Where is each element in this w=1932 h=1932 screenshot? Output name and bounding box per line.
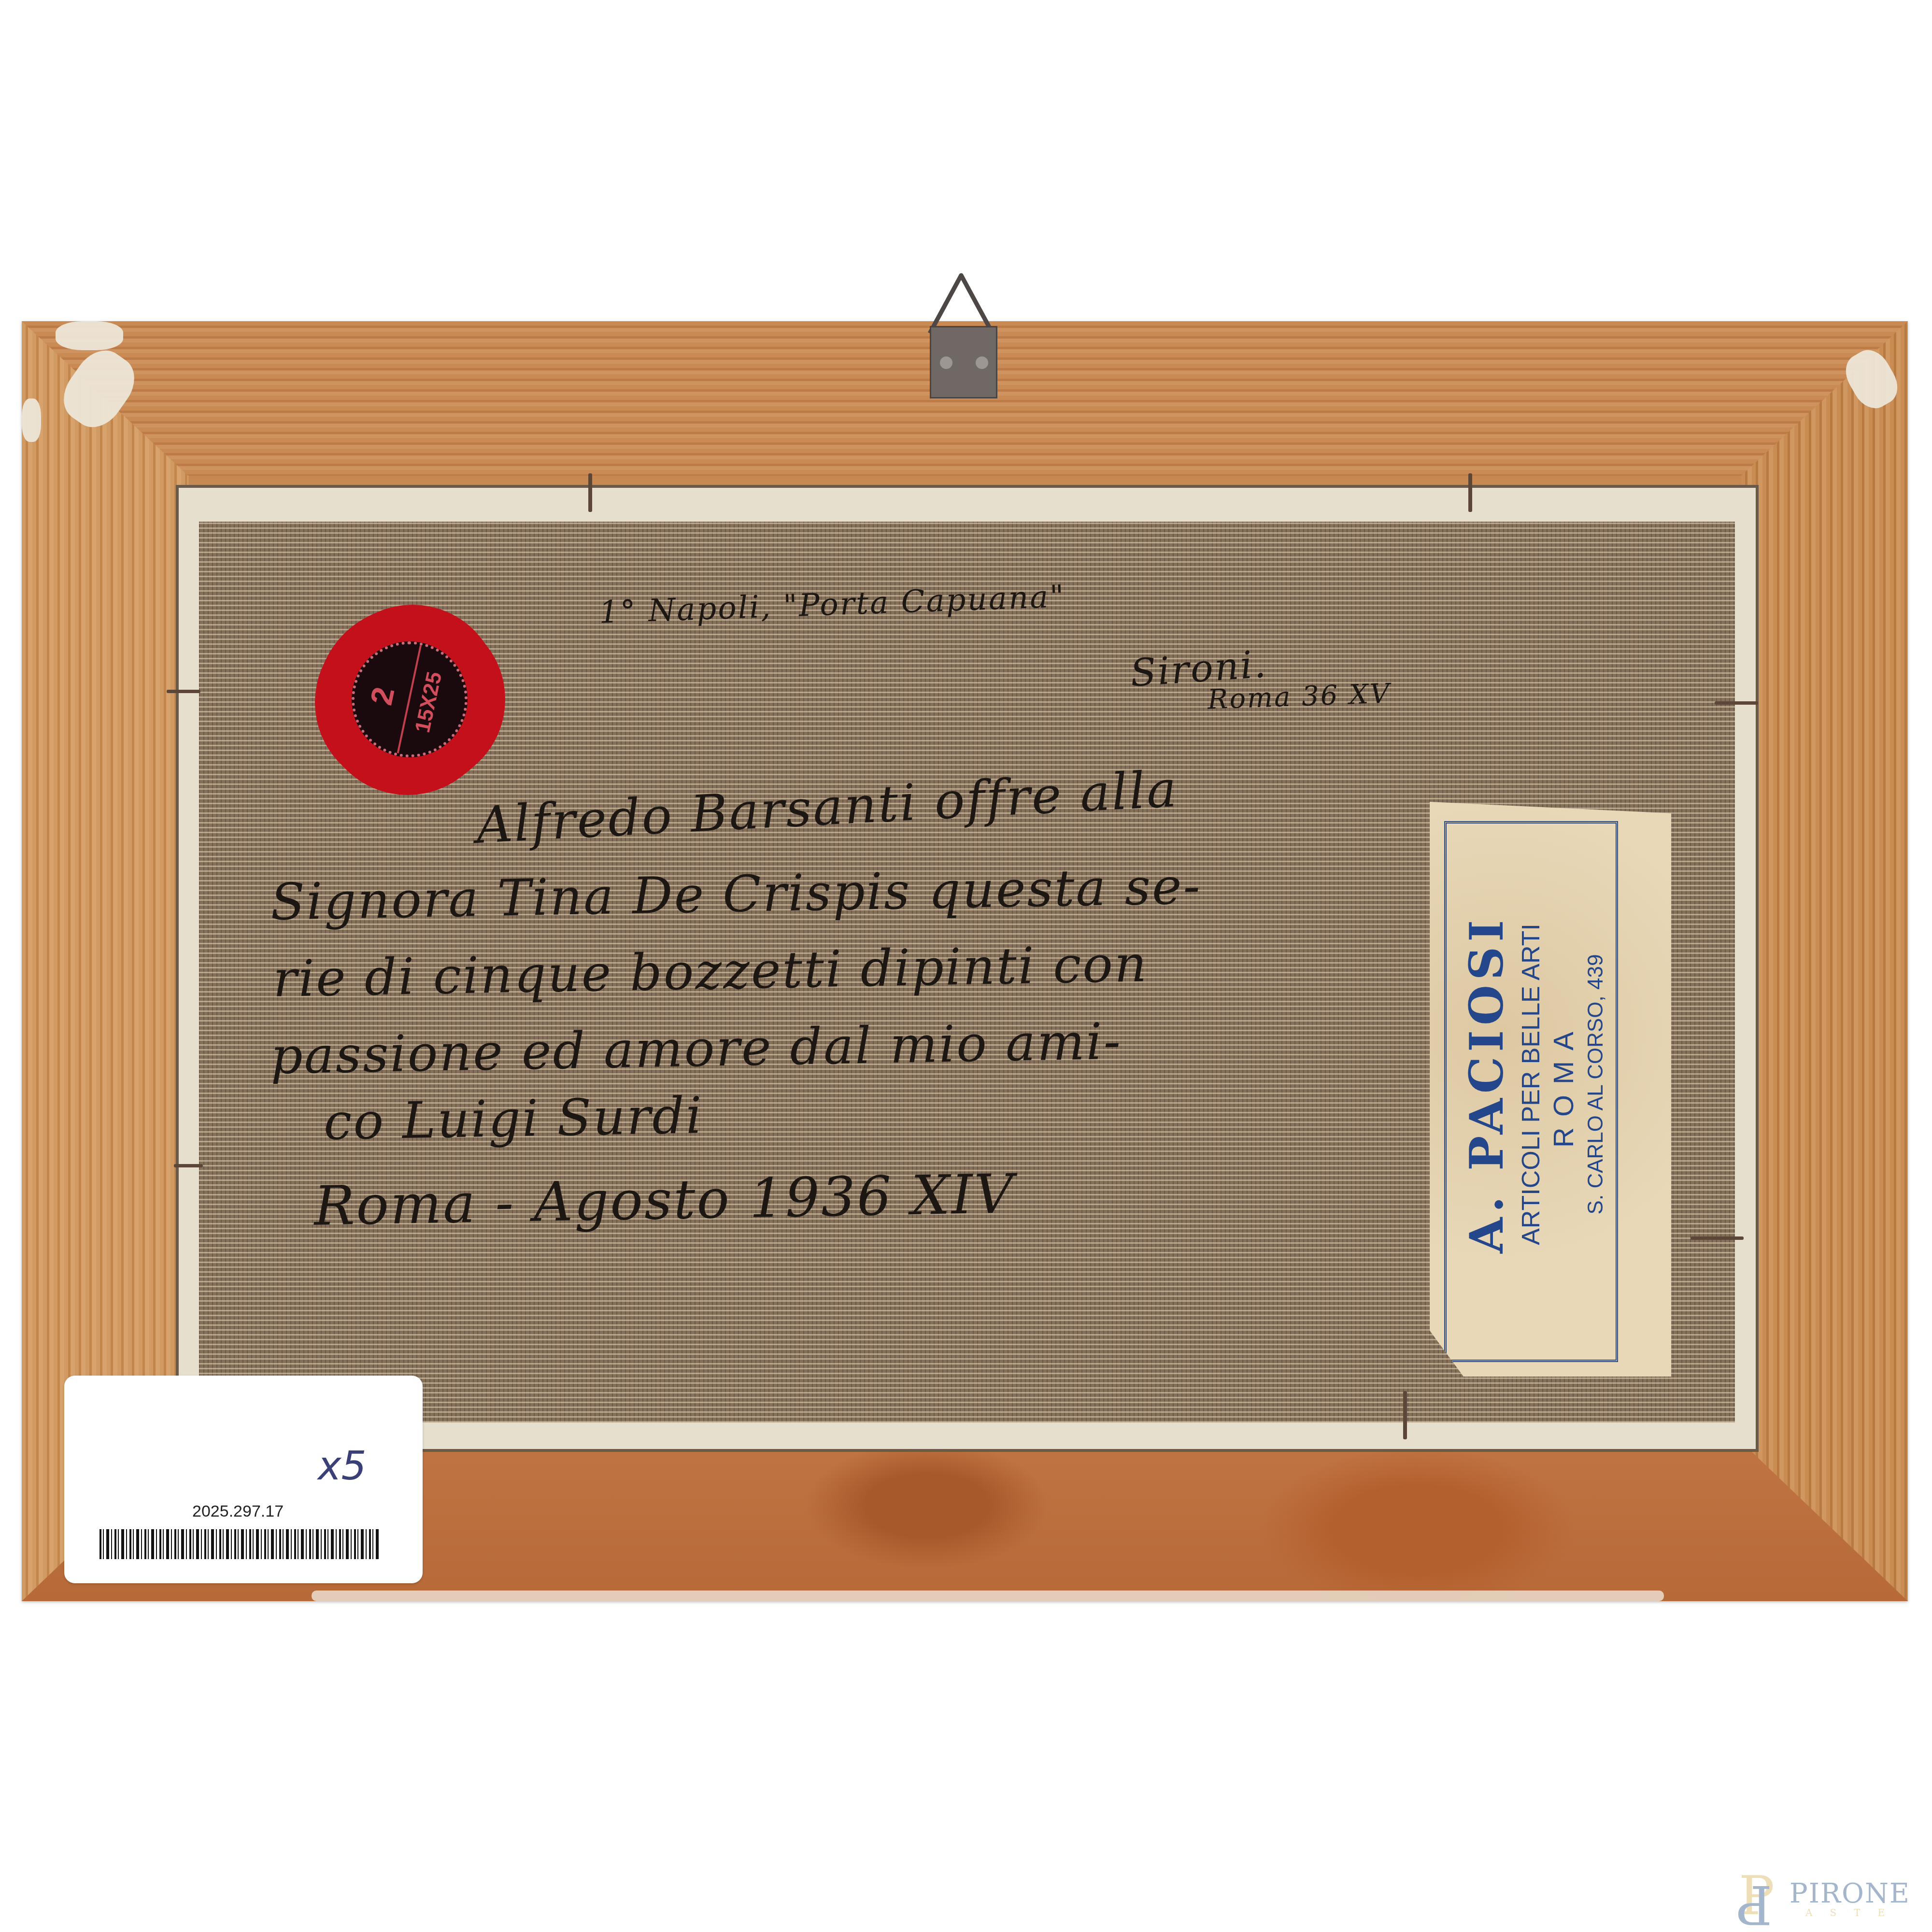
- gesso-residue: [22, 398, 41, 442]
- barcode: [99, 1529, 380, 1559]
- nail: [588, 473, 592, 512]
- rivet: [940, 356, 952, 369]
- nail: [167, 690, 200, 693]
- dedication-closing: Roma - Agosto 1936 XIV: [313, 1163, 1015, 1237]
- seal-number: 2: [363, 684, 402, 708]
- inventory-tag: x5 2025.297.17: [64, 1376, 423, 1583]
- nail: [1715, 701, 1758, 705]
- watermark-name: PIRONE: [1790, 1878, 1910, 1909]
- wax-seal-face: 2 15X25: [352, 641, 468, 757]
- hanger-plate: [930, 326, 997, 398]
- dealer-name: A. PACIOSI: [1459, 915, 1514, 1253]
- signature-date: Roma 36 XV: [1207, 678, 1392, 715]
- logo-p-inverted-glyph: P: [1736, 1878, 1772, 1931]
- dealer-address: S. CARLO AL CORSO, 439: [1584, 954, 1608, 1215]
- wax-seal: 2 15X25: [323, 612, 497, 786]
- frame-right-rail: [1741, 321, 1908, 1601]
- nail: [174, 1164, 203, 1167]
- nail: [1403, 1391, 1407, 1439]
- gesso-residue: [56, 321, 123, 350]
- dealer-label-border: A. PACIOSI ARTICOLI PER BELLE ARTI ROMA …: [1444, 821, 1618, 1362]
- watermark-logo: P P PIRONE ASTE: [1734, 1869, 1927, 1922]
- dealer-label: A. PACIOSI ARTICOLI PER BELLE ARTI ROMA …: [1430, 802, 1671, 1377]
- nail: [1468, 473, 1472, 512]
- dealer-city: ROMA: [1548, 1021, 1580, 1148]
- seal-size: 15X25: [411, 670, 447, 735]
- dealer-tagline: ARTICOLI PER BELLE ARTI: [1517, 923, 1546, 1245]
- dealer-label-text: A. PACIOSI ARTICOLI PER BELLE ARTI ROMA …: [1447, 824, 1620, 1345]
- lot-id: 2025.297.17: [64, 1502, 423, 1521]
- nail: [1690, 1236, 1744, 1240]
- gesso-residue: [312, 1591, 1664, 1601]
- dedication-line: co Luigi Surdi: [323, 1086, 704, 1151]
- watermark-subtitle: ASTE: [1805, 1907, 1902, 1918]
- rivet: [976, 356, 988, 369]
- quantity-note: x5: [318, 1443, 367, 1489]
